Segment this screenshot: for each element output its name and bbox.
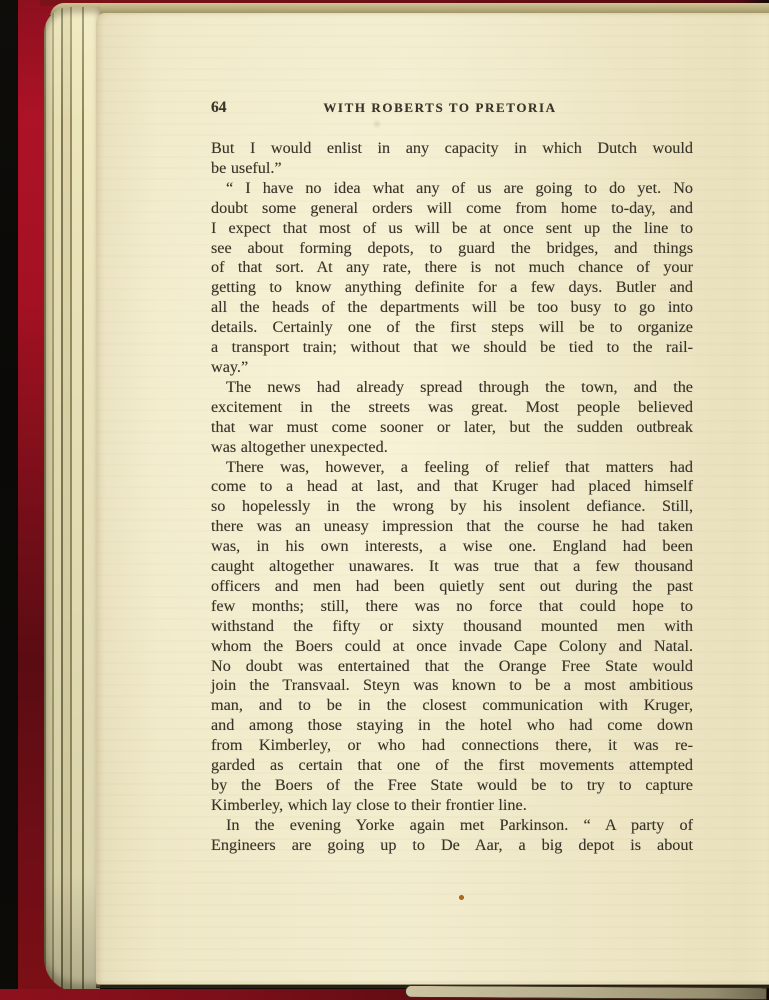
text-line: and among those staying in the hotel who… bbox=[211, 716, 693, 736]
text-line: There was, however, a feeling of relief … bbox=[211, 458, 693, 478]
text-line: man, and to be in the closest communicat… bbox=[211, 696, 693, 716]
text-line: “ I have no idea what any of us are goin… bbox=[211, 179, 693, 199]
text-line: I expect that most of us will be at once… bbox=[211, 219, 693, 239]
text-line: so hopelessly in the wrong by his insole… bbox=[211, 497, 693, 517]
text-line: from Kimberley, or who had connections t… bbox=[211, 736, 693, 756]
text-line: was, in his own interests, a wise one. E… bbox=[211, 537, 693, 557]
text-line: all the heads of the departments will be… bbox=[211, 298, 693, 318]
text-line: But I would enlist in any capacity in wh… bbox=[211, 139, 693, 159]
text-line: The news had already spread through the … bbox=[211, 378, 693, 398]
text-block: But I would enlist in any capacity in wh… bbox=[211, 139, 693, 856]
text-line: of that sort. At any rate, there is not … bbox=[211, 258, 693, 278]
text-line: Engineers are going up to De Aar, a big … bbox=[211, 836, 693, 856]
text-line: details. Certainly one of the first step… bbox=[211, 318, 693, 338]
text-line: caught altogether unawares. It was true … bbox=[211, 557, 693, 577]
text-line: come to a head at last, and that Kruger … bbox=[211, 477, 693, 497]
page-bottom-edges bbox=[405, 985, 767, 1000]
text-line: there was an uneasy impression that the … bbox=[211, 517, 693, 537]
text-line: few months; still, there was no force th… bbox=[211, 597, 693, 617]
page-smudge-small bbox=[372, 119, 382, 129]
text-line: join the Transvaal. Steyn was known to b… bbox=[211, 676, 693, 696]
text-line: a transport train; without that we shoul… bbox=[211, 338, 693, 358]
text-line: In the evening Yorke again met Parkinson… bbox=[211, 816, 693, 836]
text-line: that war must come sooner or later, but … bbox=[211, 418, 693, 438]
page-header: 64 WITH ROBERTS TO PRETORIA bbox=[211, 99, 693, 117]
paragraph: The news had already spread through the … bbox=[211, 378, 693, 458]
book-page: 64 WITH ROBERTS TO PRETORIA But I would … bbox=[96, 13, 769, 985]
paragraph: But I would enlist in any capacity in wh… bbox=[211, 139, 693, 179]
text-line: Kimberley, which lay close to their fron… bbox=[211, 796, 693, 816]
text-line: officers and men had been quietly sent o… bbox=[211, 577, 693, 597]
text-line: be useful.” bbox=[211, 159, 693, 179]
text-line: by the Boers of the Free State would be … bbox=[211, 776, 693, 796]
page-edge-stack bbox=[44, 7, 100, 992]
text-line: see about forming depots, to guard the b… bbox=[211, 239, 693, 259]
paragraph: There was, however, a feeling of relief … bbox=[211, 458, 693, 816]
running-title: WITH ROBERTS TO PRETORIA bbox=[199, 100, 681, 116]
text-line: was altogether unexpected. bbox=[211, 438, 693, 458]
text-line: way.” bbox=[211, 358, 693, 378]
text-line: getting to know anything definite for a … bbox=[211, 278, 693, 298]
text-line: No doubt was entertained that the Orange… bbox=[211, 657, 693, 677]
text-line: garded as certain that one of the first … bbox=[211, 756, 693, 776]
text-line: excitement in the streets was great. Mos… bbox=[211, 398, 693, 418]
text-line: withstand the fifty or sixty thousand mo… bbox=[211, 617, 693, 637]
text-line: doubt some general orders will come from… bbox=[211, 199, 693, 219]
foxing-speck bbox=[459, 895, 464, 900]
paragraph: “ I have no idea what any of us are goin… bbox=[211, 179, 693, 378]
paragraph: In the evening Yorke again met Parkinson… bbox=[211, 816, 693, 856]
text-line: whom the Boers could at once invade Cape… bbox=[211, 637, 693, 657]
book-photo: 64 WITH ROBERTS TO PRETORIA But I would … bbox=[0, 0, 769, 1000]
